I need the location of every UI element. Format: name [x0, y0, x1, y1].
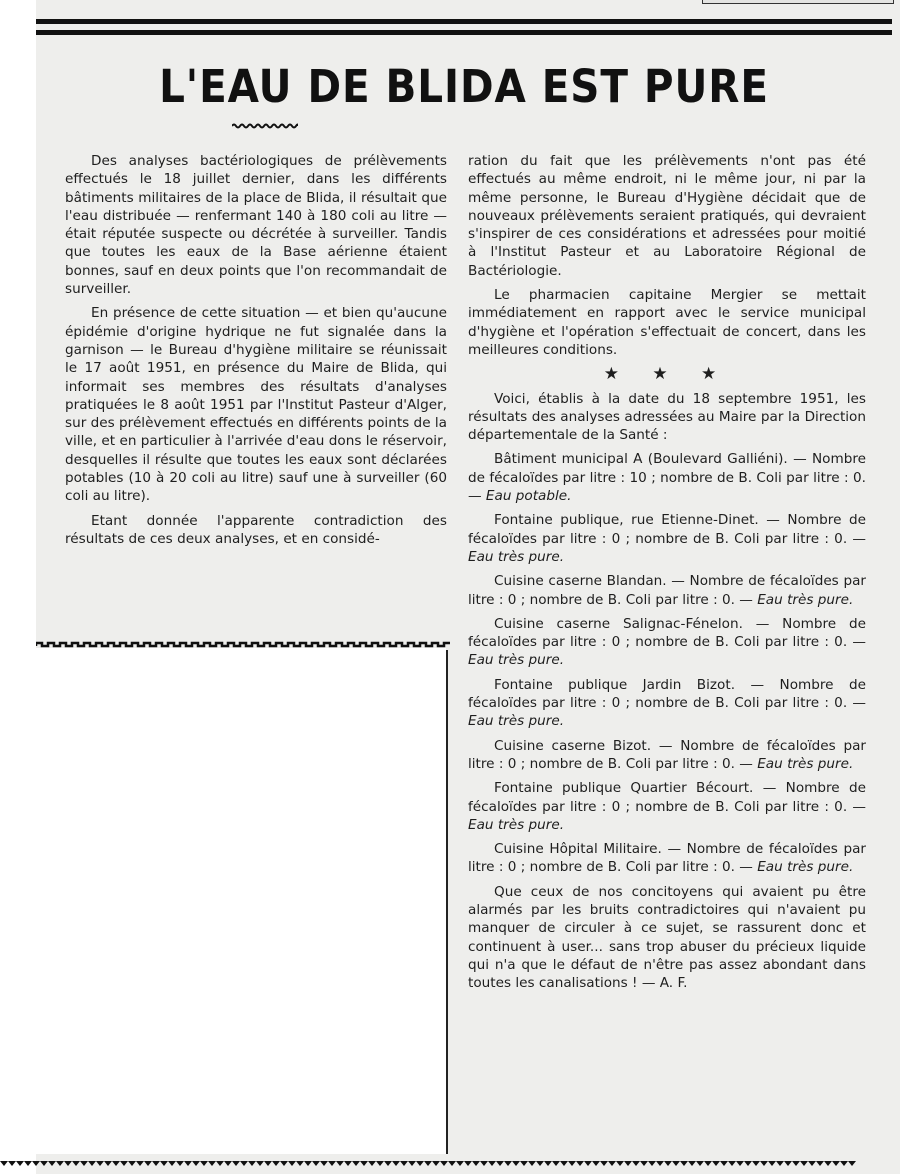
paragraph: Etant donnée l'apparente contradiction d… — [65, 512, 447, 549]
blank-cutout-region — [0, 648, 446, 1154]
wavy-bottom-divider — [0, 1158, 856, 1168]
result-item: Fontaine publique, rue Etienne-Dinet. — … — [468, 511, 866, 566]
result-item: Cuisine caserne Salignac-Fénelon. — Nomb… — [468, 615, 866, 670]
paragraph: En présence de cette situation — et bien… — [65, 304, 447, 505]
paragraph: Voici, établis à la date du 18 septembre… — [468, 390, 866, 445]
result-item: Cuisine caserne Bizot. — Nombre de fécal… — [468, 737, 866, 774]
paragraph: Des analyses bactériologiques de prélève… — [65, 152, 447, 298]
result-item: Cuisine caserne Blandan. — Nombre de féc… — [468, 572, 866, 609]
result-item: Fontaine publique Quartier Bécourt. — No… — [468, 779, 866, 834]
result-item: Bâtiment municipal A (Boulevard Galliéni… — [468, 450, 866, 505]
result-item: Fontaine publique Jardin Bizot. — Nombre… — [468, 676, 866, 731]
cutout-border — [446, 650, 448, 1154]
headline: L'EAU DE BLIDA EST PURE — [79, 60, 849, 113]
result-item: Cuisine Hôpital Militaire. — Nombre de f… — [468, 840, 866, 877]
header-rule-bottom — [36, 30, 892, 35]
zigzag-divider — [36, 640, 450, 648]
paragraph: ration du fait que les prélèvements n'on… — [468, 152, 866, 280]
paragraph: Le pharmacien capitaine Mergier se metta… — [468, 286, 866, 359]
adjacent-article-box — [702, 0, 894, 4]
headline-squiggle-ornament — [232, 123, 298, 129]
header-rule-top — [36, 19, 892, 24]
closing-paragraph: Que ceux de nos concitoyens qui avaient … — [468, 883, 866, 993]
article-column-left: Des analyses bactériologiques de prélève… — [65, 152, 447, 554]
article-column-right: ration du fait que les prélèvements n'on… — [468, 152, 866, 998]
star-separator-icon: ★ ★ ★ — [468, 365, 866, 383]
